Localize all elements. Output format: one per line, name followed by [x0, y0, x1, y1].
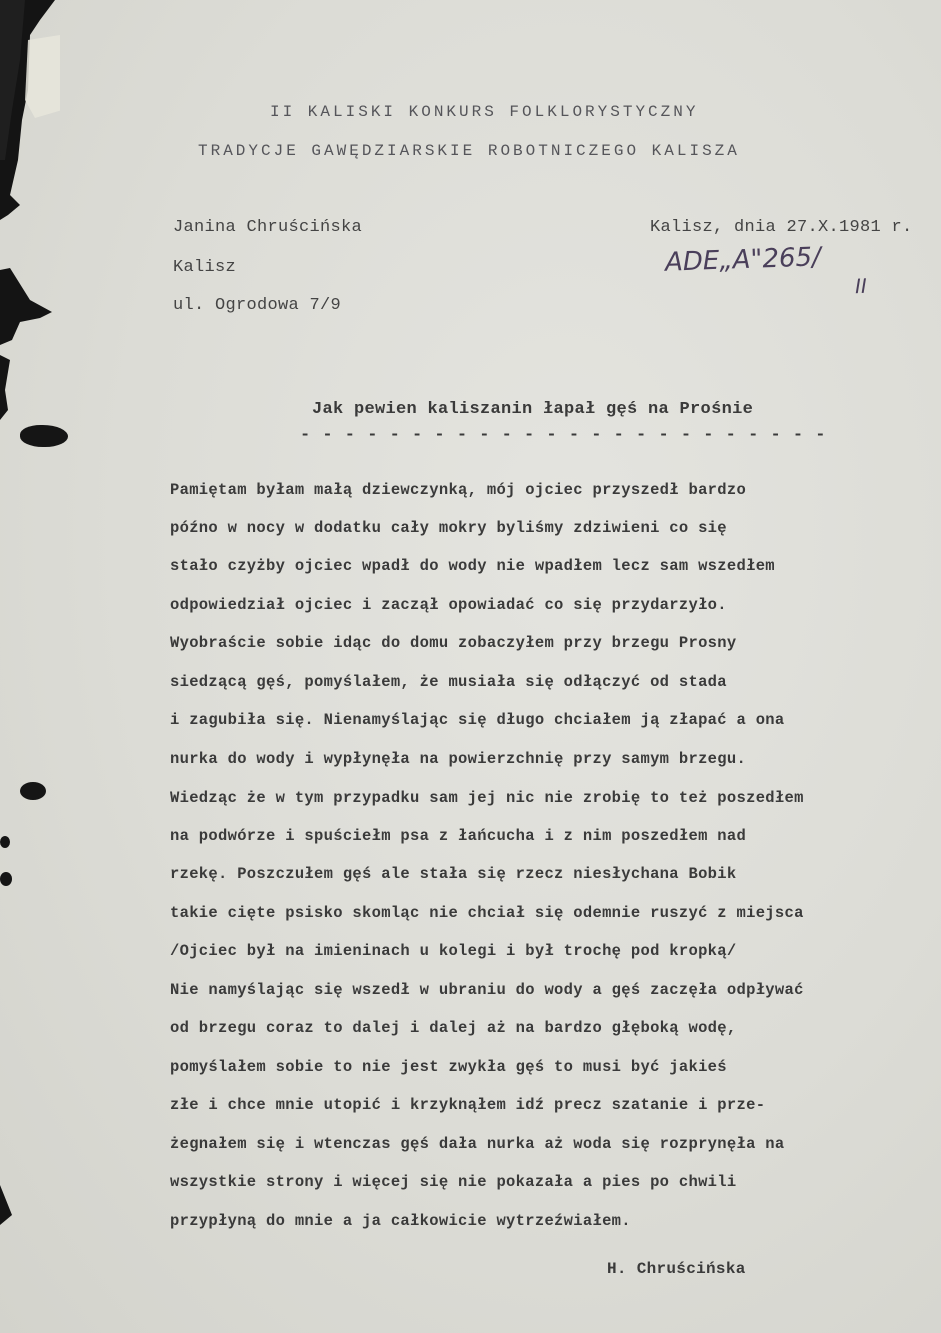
body-line: rzekę. Poszczułem gęś ale stała się rzec… — [170, 865, 737, 883]
sender-name: Janina Chruścińska — [173, 218, 362, 237]
body-line: pomyślałem sobie to nie jest zwykła gęś … — [170, 1058, 727, 1076]
punch-hole — [20, 425, 68, 447]
body-line: i zagubiła się. Nienamyślając się długo … — [170, 711, 785, 729]
body-line: od brzegu coraz to dalej i dalej aż na b… — [170, 1019, 737, 1037]
body-line: /Ojciec był na imieninach u kolegi i był… — [170, 942, 737, 960]
body-line: takie cięte psisko skomląc nie chciał si… — [170, 904, 804, 922]
body-line: odpowiedział ojciec i zaczął opowiadać c… — [170, 596, 727, 614]
body-line: przypłyną do mnie a ja całkowicie wytrze… — [170, 1212, 631, 1230]
archive-mark-sub: II — [855, 274, 868, 298]
punch-hole — [0, 836, 10, 848]
body-line: Nie namyślając się wszedł w ubraniu do w… — [170, 981, 804, 999]
body-line: stało czyżby ojciec wpadł do wody nie wp… — [170, 557, 775, 575]
body-line: wszystkie strony i więcej się nie pokaza… — [170, 1173, 737, 1191]
signature: H. Chruścińska — [607, 1260, 746, 1278]
body-line: późno w nocy w dodatku cały mokry byliśm… — [170, 519, 727, 537]
title-underline: - - - - - - - - - - - - - - - - - - - - … — [300, 426, 826, 445]
punch-hole — [0, 872, 12, 886]
sender-street: ul. Ogrodowa 7/9 — [173, 296, 341, 315]
body-line: Wyobraście sobie idąc do domu zobaczyłem… — [170, 634, 737, 652]
document-page: II KALISKI KONKURS FOLKLORYSTYCZNY TRADY… — [0, 0, 941, 1333]
body-line: żegnałem się i wtenczas gęś dała nurka a… — [170, 1135, 785, 1153]
contest-subtitle: TRADYCJE GAWĘDZIARSKIE ROBOTNICZEGO KALI… — [198, 142, 740, 160]
body-line: nurka do wody i wypłynęła na powierzchni… — [170, 750, 746, 768]
sender-city: Kalisz — [173, 258, 236, 277]
body-line: Pamiętam byłam małą dziewczynką, mój ojc… — [170, 481, 746, 499]
torn-paper-edge — [0, 0, 60, 1333]
story-title: Jak pewien kaliszanin łapał gęś na Prośn… — [312, 400, 753, 419]
document-date: Kalisz, dnia 27.X.1981 r. — [650, 218, 913, 237]
body-line: złe i chce mnie utopić i krzyknąłem idź … — [170, 1096, 765, 1114]
archive-mark: ADE„A"265/ — [665, 242, 822, 277]
punch-hole — [20, 782, 46, 800]
body-line: Wiedząc że w tym przypadku sam jej nic n… — [170, 789, 804, 807]
body-line: siedzącą gęś, pomyślałem, że musiała się… — [170, 673, 727, 691]
contest-title: II KALISKI KONKURS FOLKLORYSTYCZNY — [270, 103, 698, 121]
body-line: na podwórze i spuściełm psa z łańcucha i… — [170, 827, 746, 845]
